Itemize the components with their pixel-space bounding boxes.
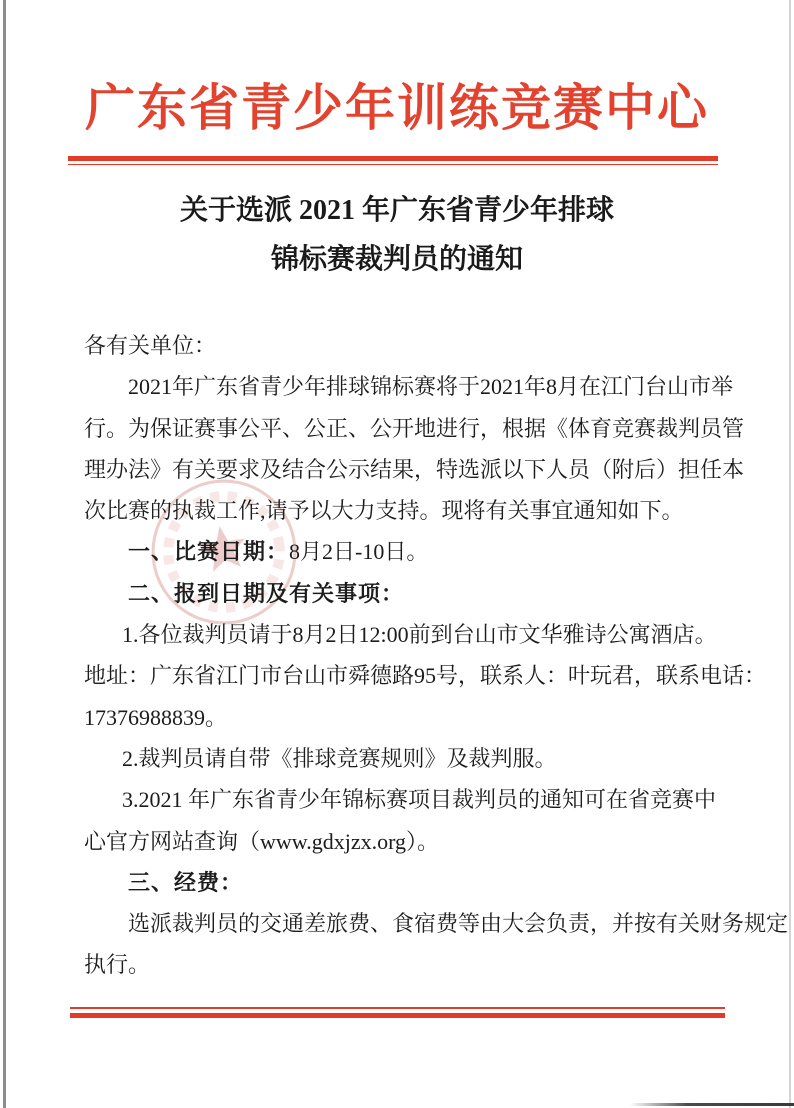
scan-edge-bottom: [630, 1103, 794, 1106]
body-line: 3.2021 年广东省青少年锦标赛项目裁判员的通知可在省竞赛中: [84, 779, 736, 820]
body-line-bold-prefix: 一、比赛日期：: [128, 539, 289, 564]
body-line: 心官方网站查询（www.gdxjzx.org）。: [84, 821, 736, 862]
body-line: 2.裁判员请自带《排球竞赛规则》及裁判服。: [84, 738, 736, 779]
body-line: 次比赛的执裁工作,请予以大力支持。现将有关事宜通知如下。: [84, 490, 736, 531]
body-line-bold-prefix: 三、经费：: [128, 870, 243, 895]
body-line: 17376988839。: [84, 697, 736, 738]
body-line-text: 2021年广东省青少年排球锦标赛将于2021年8月在江门台山市举: [128, 374, 733, 399]
body-line-text: 2.裁判员请自带《排球竞赛规则》及裁判服。: [122, 746, 557, 771]
body-line-text: 3.2021 年广东省青少年锦标赛项目裁判员的通知可在省竞赛中: [122, 787, 716, 812]
body-line-text: 各有关单位：: [84, 333, 216, 358]
body-line-text: 选派裁判员的交通差旅费、食宿费等由大会负责，并按有关财务规定: [128, 911, 788, 936]
body-line: 执行。: [84, 944, 736, 985]
body-line-heading-1: 一、比赛日期：8月2日-10日。: [84, 531, 736, 572]
body-line-text: 执行。: [84, 952, 150, 977]
body-line: 行。为保证赛事公平、公正、公开地进行，根据《体育竞赛裁判员管: [84, 408, 736, 449]
body-line-text: 理办法》有关要求及结合公示结果，特选派以下人员（附后）担任本: [84, 457, 744, 482]
body-line-heading-2: 二、报到日期及有关事项：: [84, 573, 736, 614]
footer-rule-thick: [70, 1013, 725, 1018]
body-line-text: 行。为保证赛事公平、公正、公开地进行，根据《体育竞赛裁判员管: [84, 416, 744, 441]
letterhead-org-name: 广东省青少年训练竞赛中心: [0, 79, 794, 137]
document-title-line2: 锦标赛裁判员的通知: [0, 235, 794, 284]
body-line-text: 8月2日-10日。: [289, 539, 428, 564]
body-line-text: 次比赛的执裁工作,请予以大力支持。现将有关事宜通知如下。: [84, 498, 684, 523]
body-line-text: 地址：广东省江门市台山市舜德路95号，联系人：叶玩君，联系电话：: [84, 663, 766, 688]
body-line: 2021年广东省青少年排球锦标赛将于2021年8月在江门台山市举: [84, 366, 736, 407]
footer-rule-thin: [70, 1007, 725, 1009]
body-line-bold-prefix: 二、报到日期及有关事项：: [128, 581, 404, 606]
body-line-text: 17376988839。: [84, 705, 227, 730]
body-line: 各有关单位：: [84, 325, 736, 366]
letterhead-rule-thick: [68, 156, 718, 161]
scan-edge-left: [3, 0, 6, 1108]
document-title: 关于选派 2021 年广东省青少年排球 锦标赛裁判员的通知: [0, 186, 794, 284]
scan-edge-right: [789, 0, 791, 1108]
notice-body: 各有关单位： 2021年广东省青少年排球锦标赛将于2021年8月在江门台山市举 …: [84, 325, 736, 986]
body-line: 1.各位裁判员请于8月2日12:00前到台山市文华雅诗公寓酒店。: [84, 614, 736, 655]
body-line: 理办法》有关要求及结合公示结果，特选派以下人员（附后）担任本: [84, 449, 736, 490]
document-title-line1: 关于选派 2021 年广东省青少年排球: [0, 186, 794, 235]
body-line-text: 心官方网站查询（www.gdxjzx.org）。: [84, 829, 439, 854]
body-line: 地址：广东省江门市台山市舜德路95号，联系人：叶玩君，联系电话：: [84, 655, 736, 696]
letterhead-rule-thin: [68, 164, 718, 166]
body-line: 选派裁判员的交通差旅费、食宿费等由大会负责，并按有关财务规定: [84, 903, 736, 944]
body-line-text: 1.各位裁判员请于8月2日12:00前到台山市文华雅诗公寓酒店。: [122, 622, 717, 647]
scanned-notice-page: 广东省青少年训练竞赛中心 关于选派 2021 年广东省青少年排球 锦标赛裁判员的…: [0, 0, 794, 1108]
body-line-heading-3: 三、经费：: [84, 862, 736, 903]
